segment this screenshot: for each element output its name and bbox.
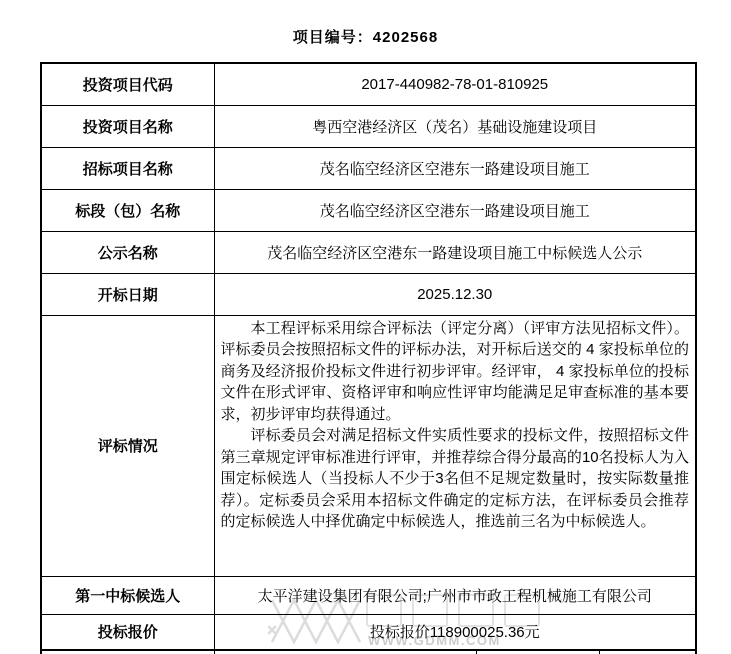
evaluation-paragraph-1: 本工程评标采用综合评标法（评定分离）（评审方法见招标文件）。 评标委员会按照招标…: [221, 318, 690, 426]
table-row: 公示名称 茂名临空经济区空港东一路建设项目施工中标候选人公示: [41, 231, 696, 273]
first-winning-candidate-value: 太平洋建设集团有限公司;广州市市政工程机械施工有限公司: [214, 576, 696, 614]
table-row: 评标情况 本工程评标采用综合评标法（评定分离）（评审方法见招标文件）。 评标委员…: [41, 315, 696, 576]
investment-project-code-label: 投资项目代码: [41, 63, 214, 105]
evaluation-paragraph-2: 评标委员会对满足招标文件实质性要求的投标文件，按照招标文件第三章规定评审标准进行…: [221, 425, 690, 533]
table-row: 投标报价 投标报价118900025.36元: [41, 614, 696, 650]
table-row: 投资项目名称 粤西空港经济区（茂名）基础设施建设项目: [41, 105, 696, 147]
announcement-name-label: 公示名称: [41, 231, 214, 273]
investment-project-name-label: 投资项目名称: [41, 105, 214, 147]
bid-opening-date-label: 开标日期: [41, 273, 214, 315]
project-number-title: 项目编号：4202568: [0, 26, 731, 47]
partial-cell: [42, 650, 215, 654]
bid-price-label: 投标报价: [41, 614, 214, 650]
table-row: 开标日期 2025.12.30: [41, 273, 696, 315]
evaluation-status-value: 本工程评标采用综合评标法（评定分离）（评审方法见招标文件）。 评标委员会按照招标…: [214, 315, 696, 576]
partial-cell: [600, 650, 695, 654]
bid-price-value: 投标报价118900025.36元: [214, 614, 696, 650]
tender-project-name-value: 茂名临空经济区空港东一路建设项目施工: [214, 147, 696, 189]
table-row: 投资项目代码 2017-440982-78-01-810925: [41, 63, 696, 105]
table-row: 第一中标候选人 太平洋建设集团有限公司;广州市市政工程机械施工有限公司: [41, 576, 696, 614]
bid-section-name-label: 标段（包）名称: [41, 189, 214, 231]
announcement-name-value: 茂名临空经济区空港东一路建设项目施工中标候选人公示: [214, 231, 696, 273]
first-winning-candidate-label: 第一中标候选人: [41, 576, 214, 614]
partial-cell: [215, 650, 477, 654]
investment-project-code-value: 2017-440982-78-01-810925: [214, 63, 696, 105]
bid-opening-date-value: 2025.12.30: [214, 273, 696, 315]
bid-announcement-table: 投资项目代码 2017-440982-78-01-810925 投资项目名称 粤…: [40, 62, 697, 651]
announcement-page: 项目编号：4202568 WWW.GDMM.COM 投资项目代码 2017-44…: [0, 0, 731, 654]
bid-section-name-value: 茂名临空经济区空港东一路建设项目施工: [214, 189, 696, 231]
tender-project-name-label: 招标项目名称: [41, 147, 214, 189]
partial-next-row: [40, 650, 697, 654]
table-row: 招标项目名称 茂名临空经济区空港东一路建设项目施工: [41, 147, 696, 189]
evaluation-status-label: 评标情况: [41, 315, 214, 576]
investment-project-name-value: 粤西空港经济区（茂名）基础设施建设项目: [214, 105, 696, 147]
partial-cell: [477, 650, 600, 654]
table-row: 标段（包）名称 茂名临空经济区空港东一路建设项目施工: [41, 189, 696, 231]
